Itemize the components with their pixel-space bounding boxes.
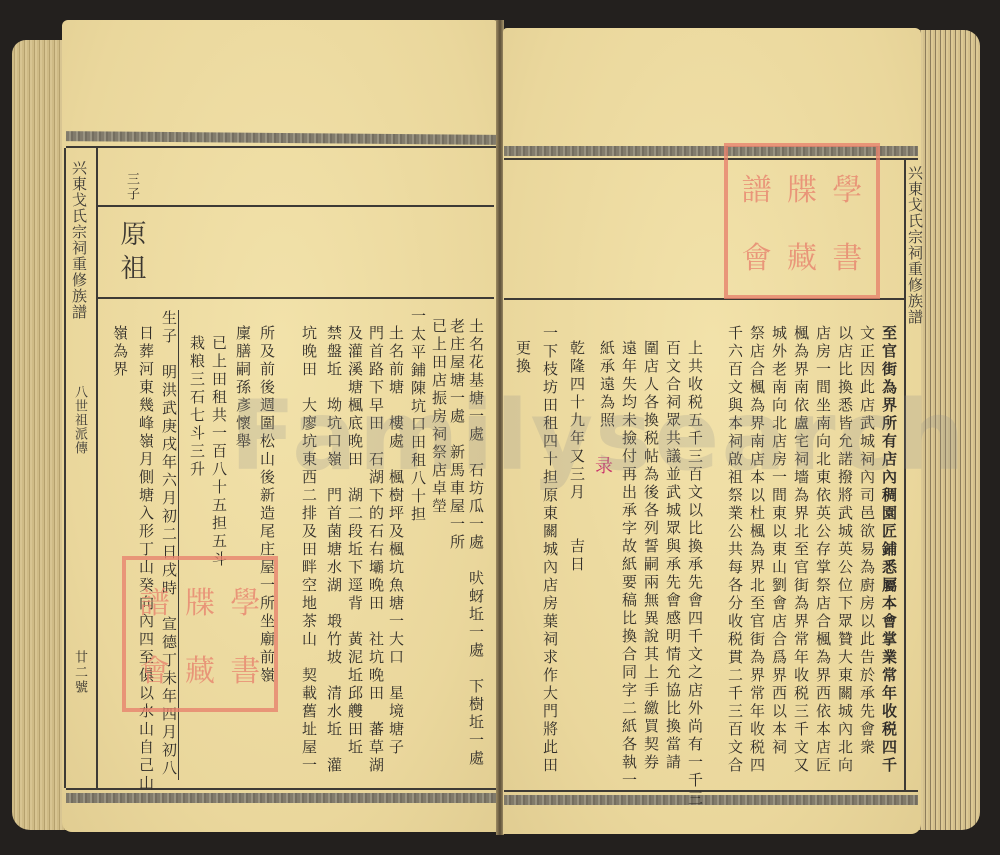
heading-rule-left: [96, 297, 494, 299]
bottom-border-band-left: [66, 793, 496, 803]
left-spine-subtitle: 八世祖派傳: [70, 385, 88, 455]
bottom-rule-left: [66, 788, 496, 790]
seal-char: 藏: [779, 233, 824, 277]
left-col-13: 栽粮三石七斗三升: [188, 335, 206, 479]
inner-left-rule: [96, 148, 98, 788]
seal-char: 學: [825, 165, 870, 209]
header-note: 三子: [122, 172, 140, 202]
seal-char: 會: [734, 233, 779, 277]
right-col-16: 更換: [514, 340, 532, 376]
left-spine-title: 兴東戈氏宗祠重修族譜: [70, 160, 88, 320]
collection-seal-right: 譜 牒 學 會 藏 書: [724, 143, 880, 299]
open-book-scan: 兴東戈氏宗祠重修族譜 八世祖派傳 廿二號 三子 原祖 土名花基塘一處 石坊瓜一處…: [0, 0, 1000, 855]
bottom-border-band-right: [504, 795, 918, 805]
collection-seal-left: 譜 牒 學 會 藏 書: [122, 556, 278, 712]
seal-char: 牒: [779, 165, 824, 209]
seal-char: 會: [132, 646, 177, 690]
seal-char: 譜: [132, 578, 177, 622]
right-spine-title: 兴東戈氏宗祠重修族譜: [906, 165, 924, 325]
left-col-16: 嶺為界: [111, 325, 129, 379]
seal-char: 藏: [177, 646, 222, 690]
top-rule-left: [66, 146, 496, 148]
seal-char: 書: [825, 233, 870, 277]
watermark: Familysearch: [230, 380, 967, 492]
left-col-12: 已上田租共一百八十五担五斗: [210, 335, 228, 569]
seal-char: 牒: [177, 578, 222, 622]
seal-char: 譜: [734, 165, 779, 209]
bottom-rule-right: [504, 790, 918, 792]
header-rule-left: [96, 205, 494, 207]
seal-char: 書: [223, 646, 268, 690]
folio-number: 廿二號: [70, 650, 88, 695]
seal-char: 學: [223, 578, 268, 622]
section-heading: 原祖: [122, 220, 140, 288]
outer-left-rule: [64, 148, 66, 788]
